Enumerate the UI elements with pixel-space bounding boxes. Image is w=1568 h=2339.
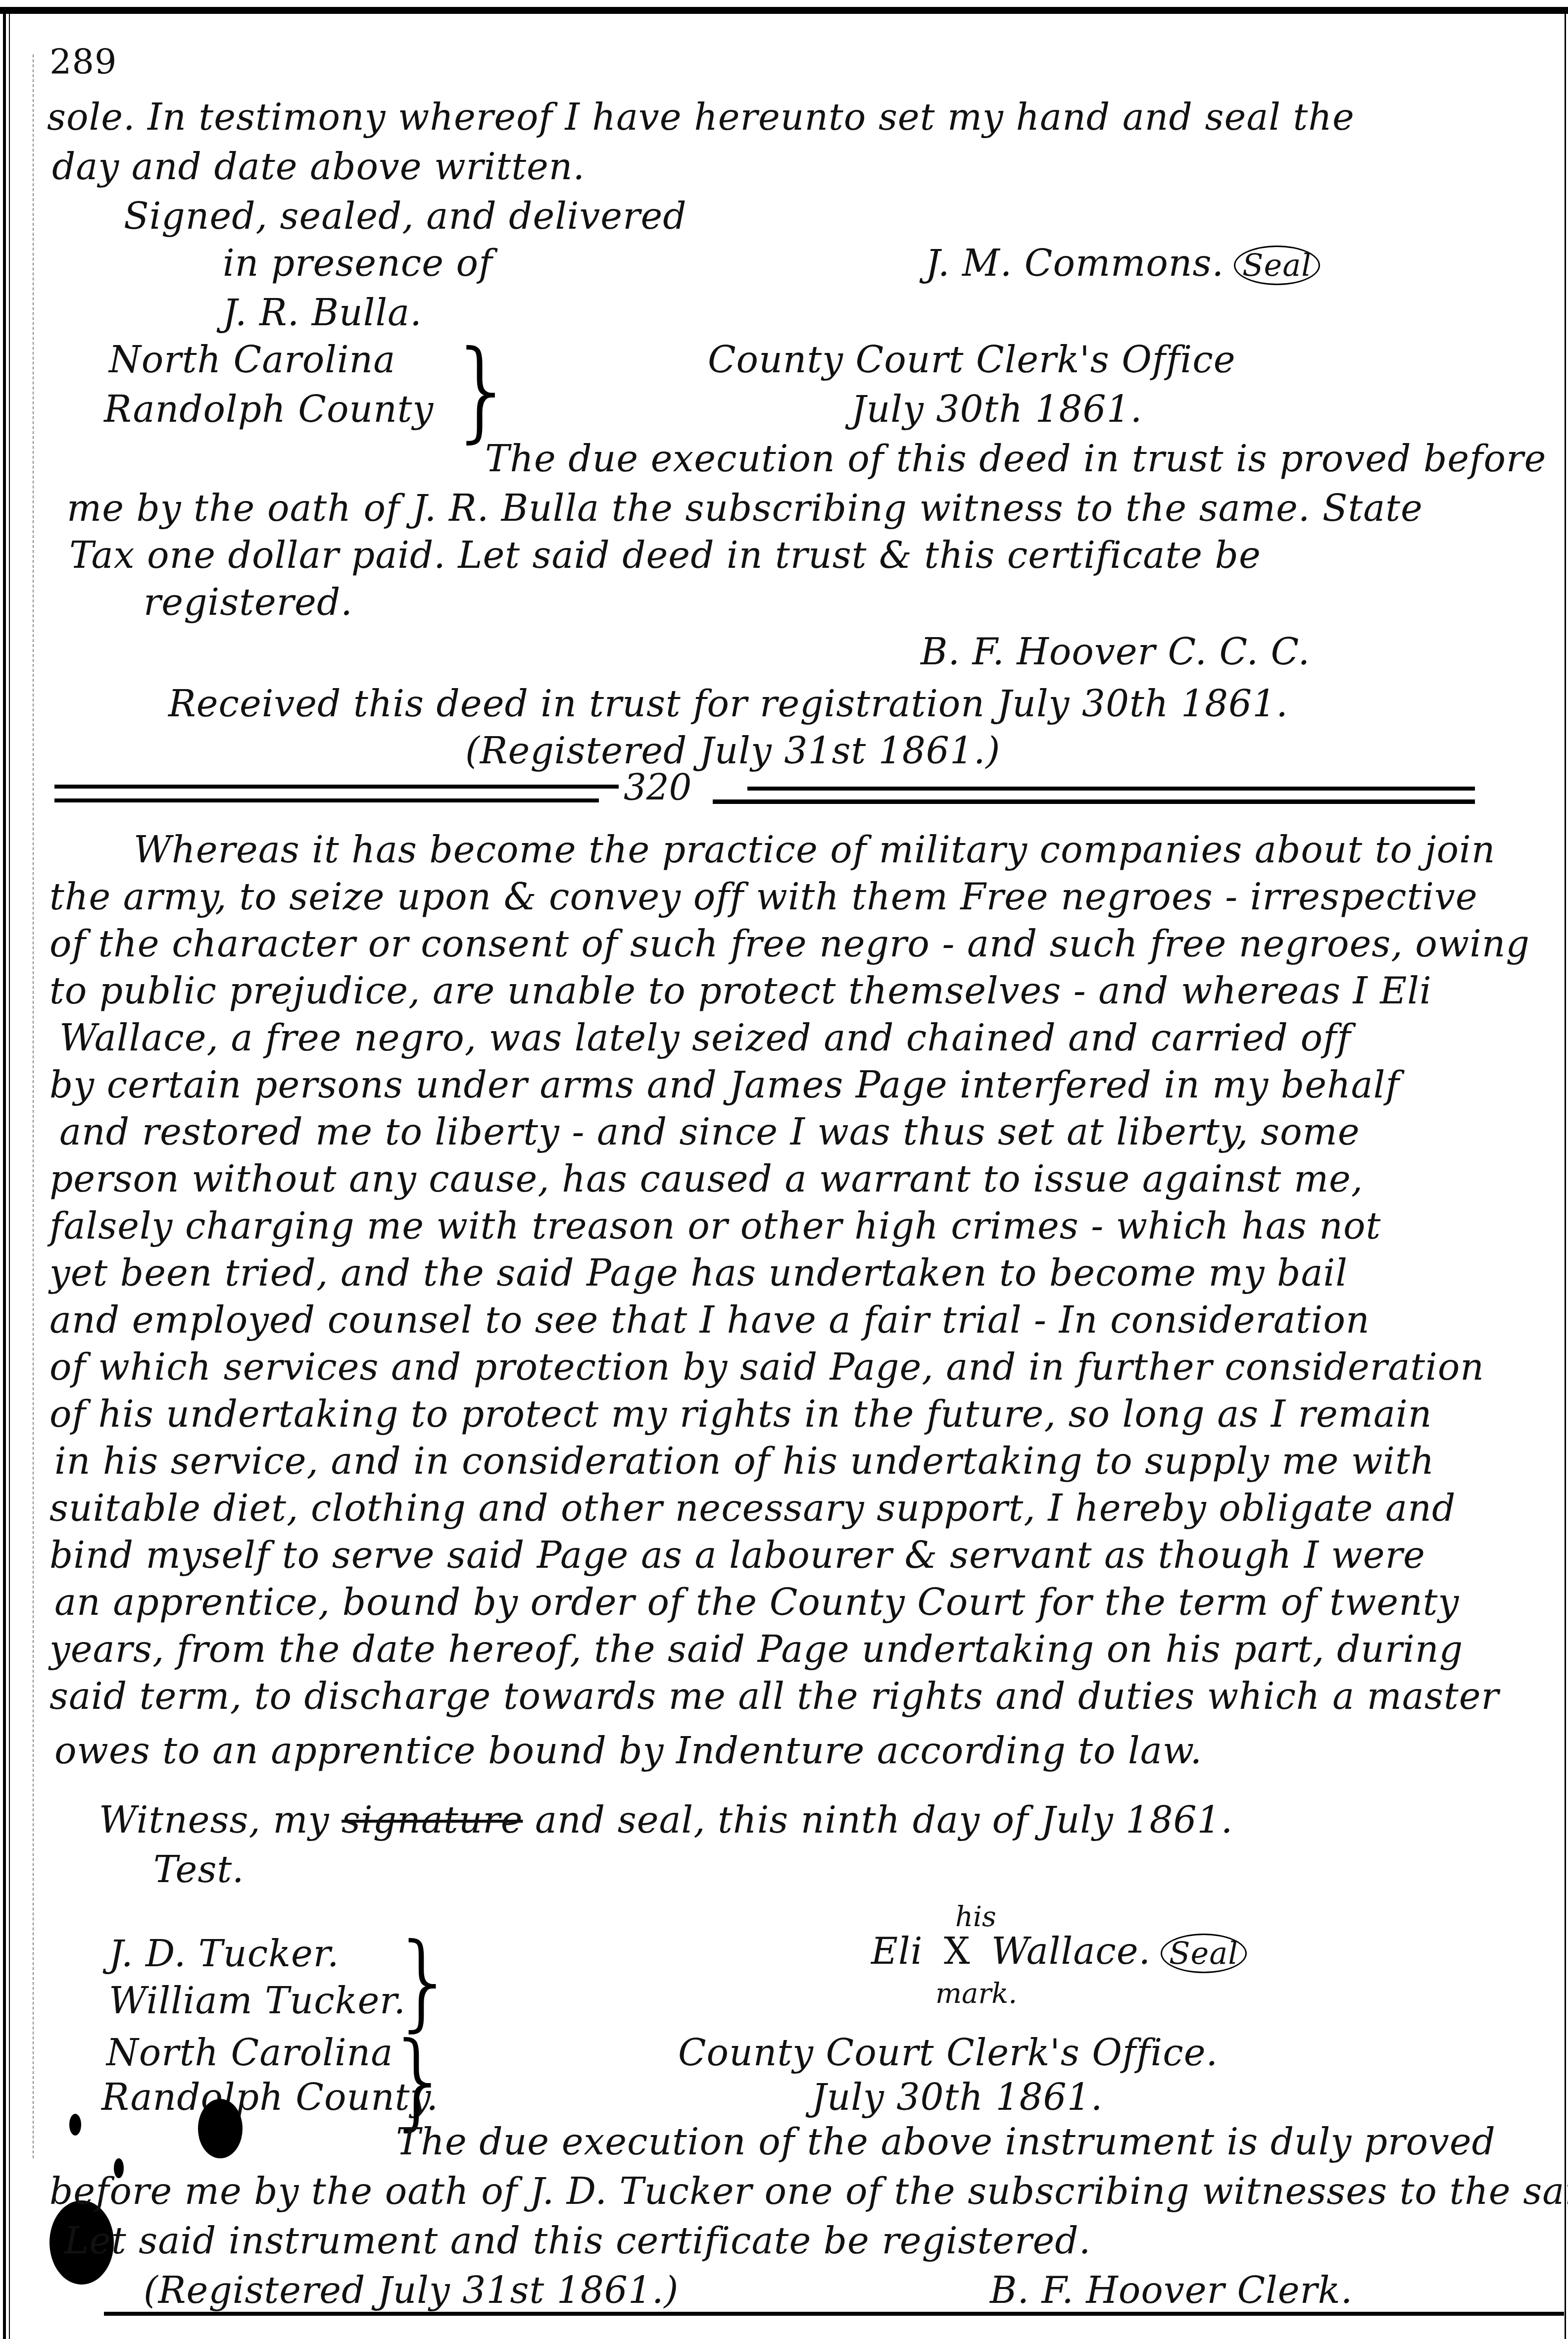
deed-record-page: 289 sole. In testimony whereof I have he…	[0, 0, 1568, 2339]
brace-icon: }	[448, 327, 517, 453]
binding-rule-inner	[9, 10, 10, 2339]
body-line: said term, to discharge towards me all t…	[49, 1678, 1499, 1715]
body-line: falsely charging me with treason or othe…	[49, 1208, 1381, 1244]
certificate-line: The due execution of the above instrumen…	[396, 2124, 1496, 2160]
divider-rule	[54, 798, 599, 802]
body-line: of the character or consent of such free…	[49, 926, 1530, 962]
body-line: by certain persons under arms and James …	[49, 1067, 1400, 1103]
body-line: person without any cause, has caused a w…	[49, 1161, 1363, 1197]
jurisdiction-state: North Carolina	[109, 342, 395, 378]
seal-mark: Seal	[1234, 246, 1320, 285]
divider-rule	[54, 785, 619, 789]
page-number: 289	[49, 45, 117, 79]
text-line: day and date above written.	[52, 149, 585, 185]
mark-below-label: mark.	[935, 1978, 1017, 2010]
struck-word: signature	[342, 1799, 523, 1841]
certificate-line: Let said instrument and this certificate…	[64, 2223, 1091, 2259]
witness-name: J. R. Bulla.	[223, 295, 422, 331]
in-presence-label: in presence of	[223, 245, 493, 282]
witness-name: William Tucker.	[109, 1983, 406, 2019]
grantor-name: J. M. Commons.	[926, 242, 1224, 285]
signer-x-mark: X	[944, 1930, 971, 1973]
body-line: of his undertaking to protect my rights …	[49, 1396, 1432, 1433]
body-line: Wallace, a free negro, was lately seized…	[59, 1020, 1351, 1056]
body-line: and restored me to liberty - and since I…	[59, 1114, 1360, 1150]
signer-signature: Eli X Wallace.Seal	[871, 1933, 1247, 1973]
office-date: July 30th 1861.	[812, 2079, 1103, 2116]
certificate-line: The due execution of this deed in trust …	[485, 441, 1546, 477]
certificate-line: Tax one dollar paid. Let said deed in tr…	[69, 537, 1261, 574]
clerk-office: County Court Clerk's Office.	[678, 2035, 1218, 2071]
jurisdiction-state: North Carolina	[106, 2035, 393, 2071]
entry-number: 320	[624, 767, 691, 808]
office-date: July 30th 1861.	[851, 391, 1142, 428]
certificate-line: me by the oath of J. R. Bulla the subscr…	[67, 490, 1423, 527]
binding-rule	[3, 10, 6, 2339]
ink-blot	[69, 2114, 81, 2136]
body-line: the army, to seize upon & convey off wit…	[49, 879, 1478, 915]
clerk-signature: B. F. Hoover Clerk.	[990, 2272, 1353, 2309]
body-line: owes to an apprentice bound by Indenture…	[54, 1733, 1202, 1769]
clerk-office: County Court Clerk's Office	[708, 342, 1236, 378]
witness-clause-text: and seal, this ninth day of July 1861.	[523, 1799, 1233, 1841]
witness-clause: Witness, my signature and seal, this nin…	[99, 1802, 1233, 1839]
body-line: years, from the date hereof, the said Pa…	[49, 1631, 1463, 1668]
body-line: suitable diet, clothing and other necess…	[49, 1490, 1456, 1527]
body-line: in his service, and in consideration of …	[54, 1443, 1434, 1480]
witness-name: J. D. Tucker.	[109, 1936, 340, 1972]
registered-line: (Registered July 31st 1861.)	[144, 2272, 679, 2309]
page-top-edge	[0, 7, 1568, 14]
jurisdiction-county: Randolph County	[104, 391, 434, 428]
received-line: Received this deed in trust for registra…	[168, 686, 1288, 722]
grantor-signature: J. M. Commons.Seal	[926, 245, 1320, 285]
witness-clause-text: Witness, my	[99, 1799, 342, 1841]
body-line: to public prejudice, are unable to prote…	[49, 973, 1432, 1009]
certificate-line: registered.	[144, 584, 353, 621]
registered-line: (Registered July 31st 1861.)	[465, 733, 1000, 769]
page-bottom-rule	[104, 2312, 1564, 2316]
body-line: yet been tried, and the said Page has un…	[49, 1255, 1348, 1292]
divider-rule	[747, 787, 1475, 791]
signed-sealed-label: Signed, sealed, and delivered	[124, 198, 687, 235]
seal-mark: Seal	[1161, 1934, 1247, 1973]
signer-last-name: Wallace.	[991, 1930, 1151, 1973]
mark-above-label: his	[955, 1901, 996, 1933]
certificate-line: before me by the oath of J. D. Tucker on…	[49, 2173, 1568, 2210]
clerk-signature: B. F. Hoover C. C. C.	[921, 634, 1310, 670]
page-right-edge	[1565, 10, 1566, 2339]
signer-first-name: Eli	[871, 1930, 923, 1973]
body-line: an apprentice, bound by order of the Cou…	[54, 1584, 1459, 1621]
divider-rule	[713, 799, 1475, 804]
body-line: Whereas it has become the practice of mi…	[134, 832, 1495, 868]
body-line: of which services and protection by said…	[49, 1349, 1484, 1386]
body-line: and employed counsel to see that I have …	[49, 1302, 1370, 1339]
ink-blot	[198, 2099, 243, 2158]
test-label: Test.	[153, 1851, 245, 1888]
text-line: sole. In testimony whereof I have hereun…	[47, 99, 1355, 136]
body-line: bind myself to serve said Page as a labo…	[49, 1537, 1425, 1574]
margin-line	[33, 54, 34, 2158]
